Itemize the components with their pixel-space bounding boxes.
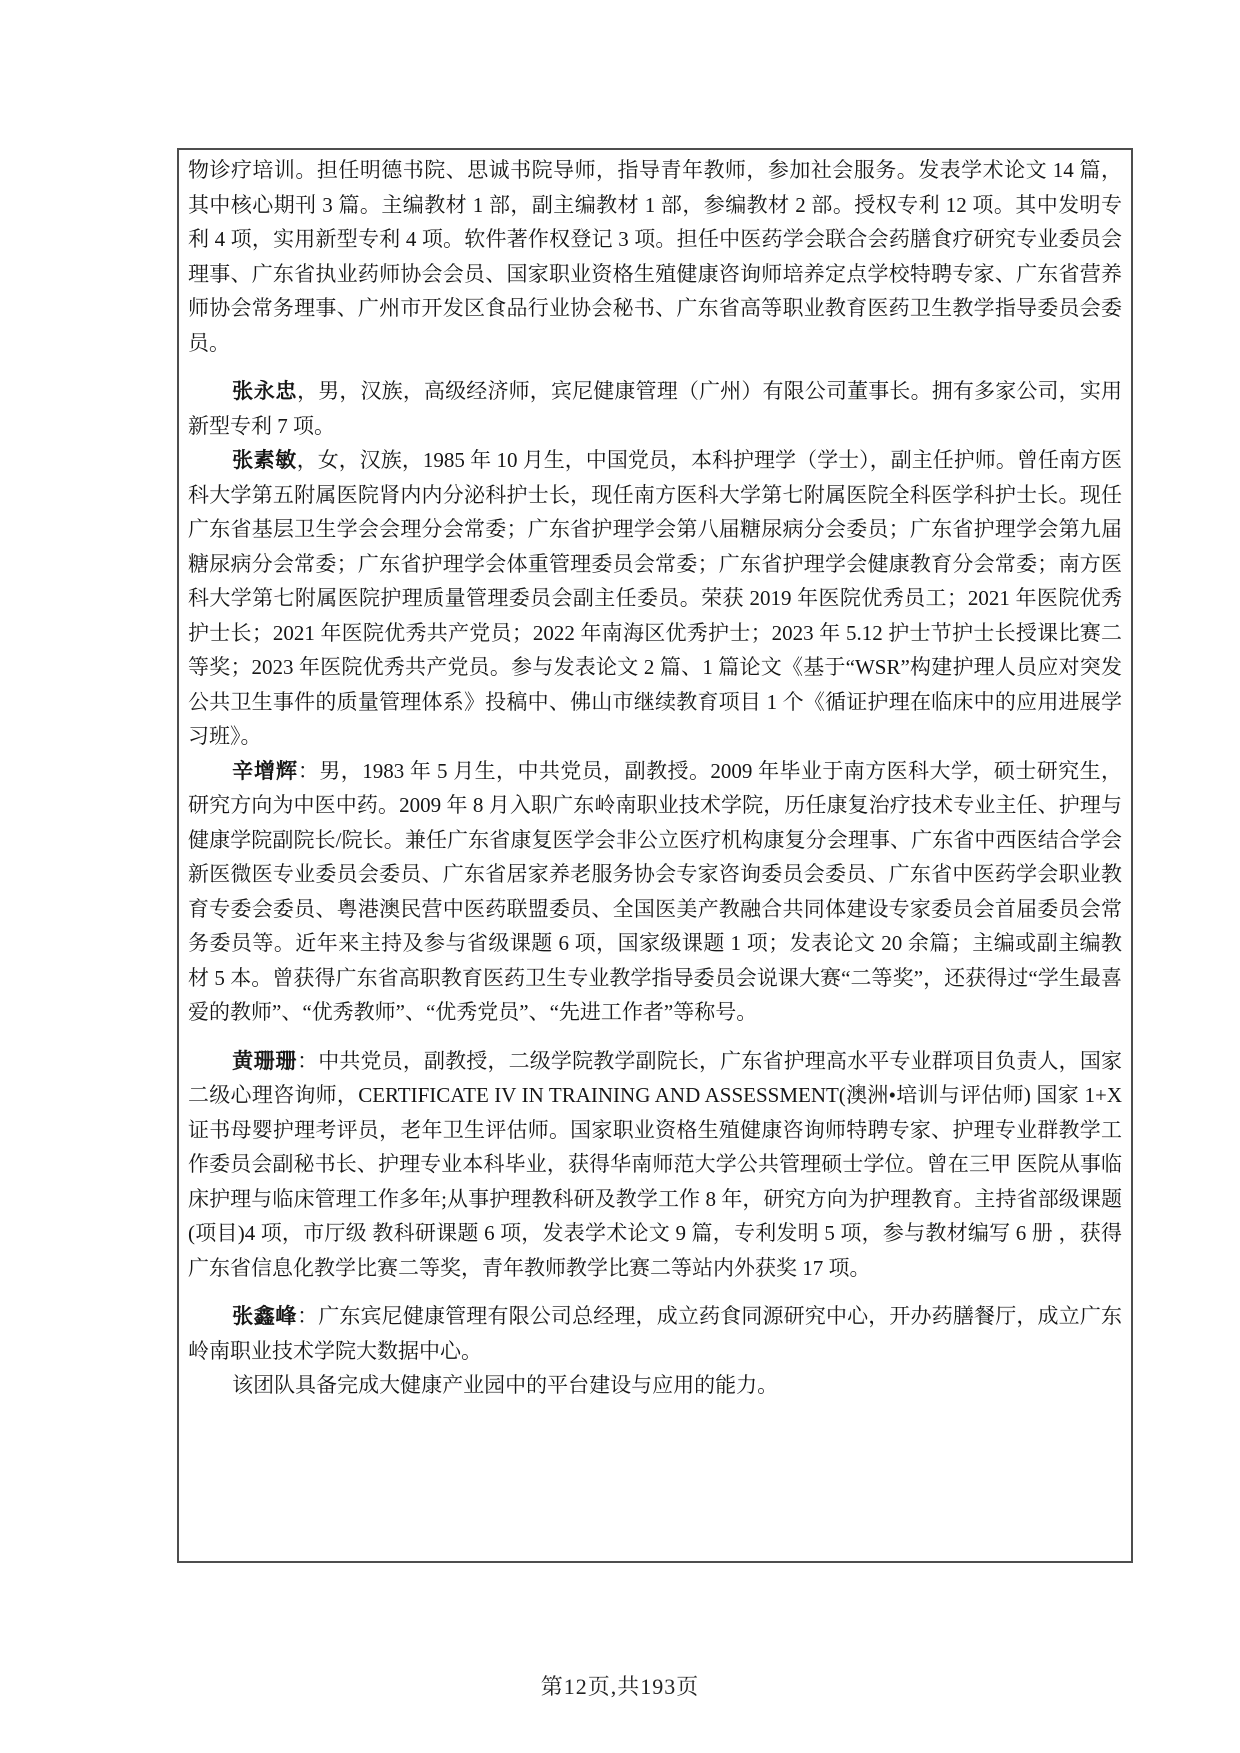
bio-paragraph-zhang-yongzhong: 张永忠，男，汉族，高级经济师，宾尼健康管理（广州）有限公司董事长。拥有多家公司，… <box>188 374 1122 443</box>
table-cell-border: 物诊疗培训。担任明德书院、思诚书院导师，指导青年教师，参加社会服务。发表学术论文… <box>177 148 1133 1563</box>
bio-text-zhang-sumin: ，女，汉族，1985 年 10 月生，中国党员，本科护理学（学士），副主任护师。… <box>188 448 1122 748</box>
person-name-xin-zenghui: 辛增辉 <box>232 759 298 783</box>
person-name-zhang-yongzhong: 张永忠 <box>232 379 297 403</box>
page-number: 第12页,共193页 <box>0 1670 1240 1701</box>
document-page: 物诊疗培训。担任明德书院、思诚书院导师，指导青年教师，参加社会服务。发表学术论文… <box>0 0 1240 1753</box>
bio-text-zhang-yongzhong: ，男，汉族，高级经济师，宾尼健康管理（广州）有限公司董事长。拥有多家公司，实用新… <box>188 379 1122 438</box>
bio-paragraph-continued: 物诊疗培训。担任明德书院、思诚书院导师，指导青年教师，参加社会服务。发表学术论文… <box>188 153 1122 360</box>
bio-paragraph-xin-zenghui: 辛增辉：男，1983 年 5 月生，中共党员，副教授。2009 年毕业于南方医科… <box>188 754 1122 1030</box>
bio-text-zhang-xinfeng: ：广东宾尼健康管理有限公司总经理，成立药食同源研究中心，开办药膳餐厅，成立广东岭… <box>188 1304 1122 1363</box>
bio-paragraph-zhang-sumin: 张素敏，女，汉族，1985 年 10 月生，中国党员，本科护理学（学士），副主任… <box>188 443 1122 754</box>
bio-text-xin-zenghui: ：男，1983 年 5 月生，中共党员，副教授。2009 年毕业于南方医科大学，… <box>188 759 1122 1025</box>
person-name-huang-shanshan: 黄珊珊 <box>232 1049 297 1073</box>
bio-text-huang-shanshan: ：中共党员，副教授，二级学院教学副院长，广东省护理高水平专业群项目负责人，国家二… <box>188 1049 1122 1280</box>
team-summary-paragraph: 该团队具备完成大健康产业园中的平台建设与应用的能力。 <box>188 1368 1122 1403</box>
person-name-zhang-sumin: 张素敏 <box>232 448 297 472</box>
person-name-zhang-xinfeng: 张鑫峰 <box>232 1304 297 1328</box>
bio-paragraph-huang-shanshan: 黄珊珊：中共党员，副教授，二级学院教学副院长，广东省护理高水平专业群项目负责人，… <box>188 1044 1122 1286</box>
bio-paragraph-zhang-xinfeng: 张鑫峰：广东宾尼健康管理有限公司总经理，成立药食同源研究中心，开办药膳餐厅，成立… <box>188 1299 1122 1368</box>
